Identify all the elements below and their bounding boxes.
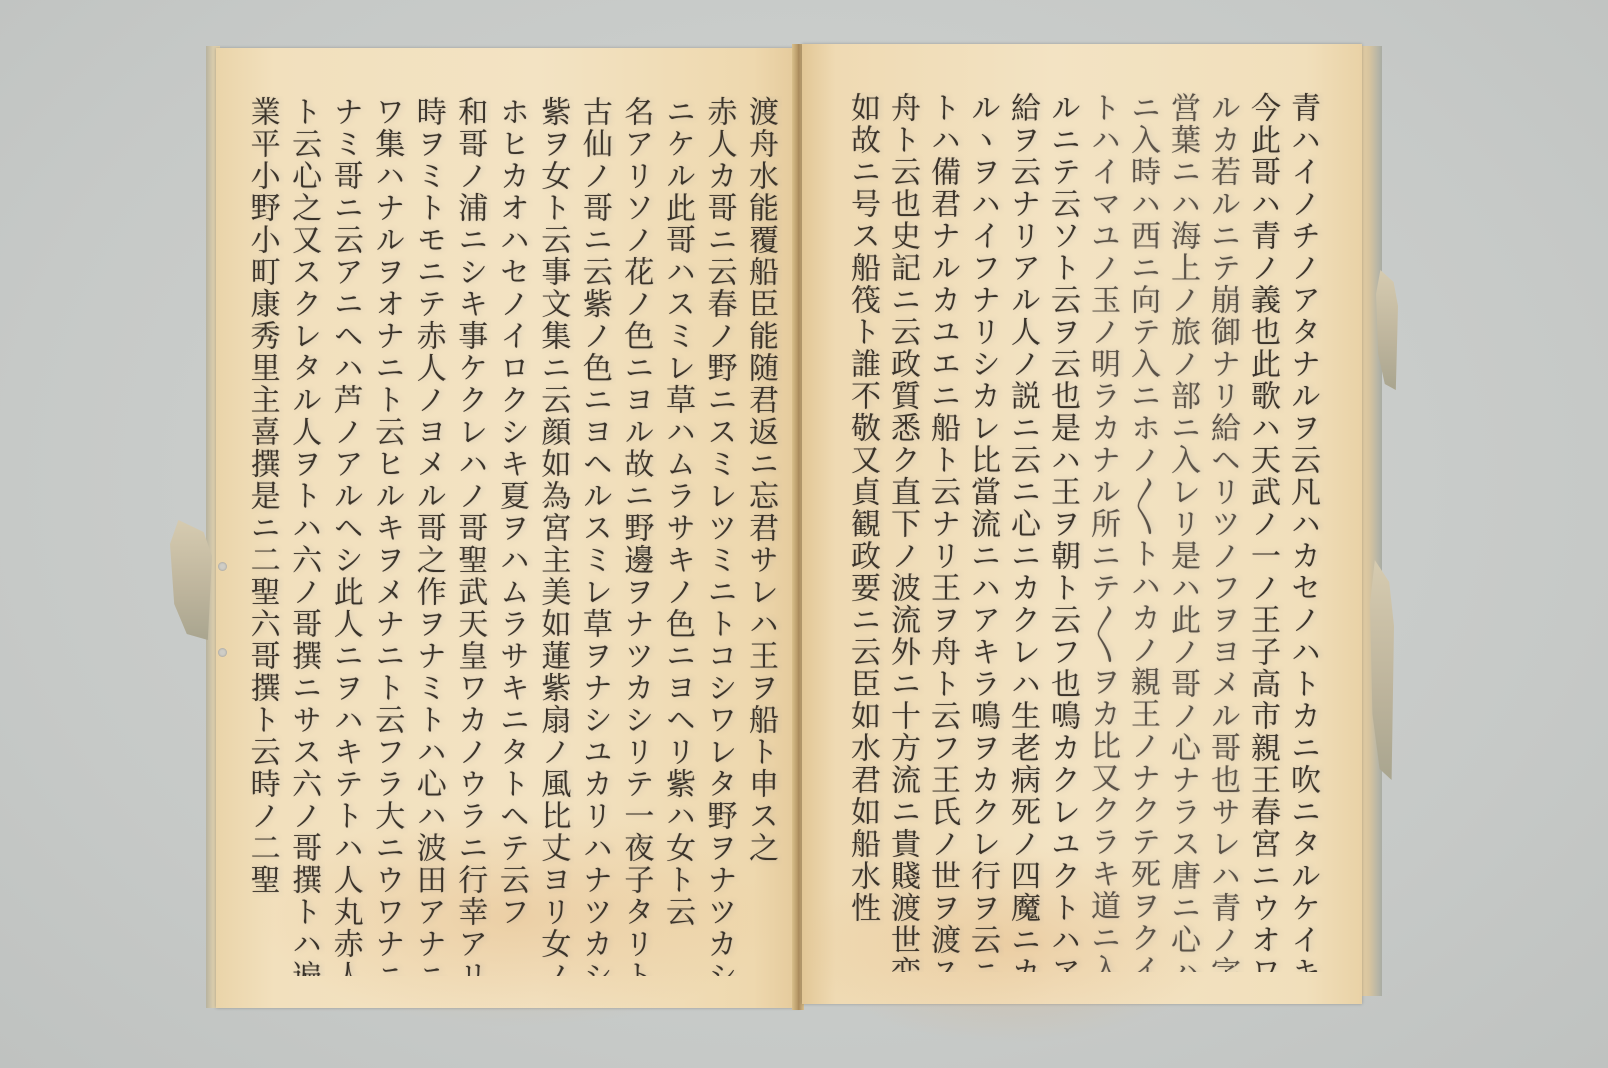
- text-column: 古仙ノ哥ニ云紫ノ色ニヨヘルスミレ草ヲナシユカリハナツカシキカナ: [574, 96, 616, 976]
- binding-hole: [218, 562, 227, 571]
- text-column: 紫ヲ女ト云事文集ニ云顔如為宮主美如蓮紫扇ノ風比丈ヨリ女ノニ: [533, 96, 575, 976]
- text-column: 赤人カ哥ニ云春ノ野ニスミレツミニトコシワレタ野ヲナツカシニ一夜子: [699, 96, 741, 976]
- text-column: 営葉ニハ海上ノ旅ノ部ニ入レリ是ハ此ノ哥ノ心ナラス唐ニ心ハアレ比部: [1164, 92, 1204, 972]
- right-page-edge: [1360, 46, 1382, 996]
- text-column: ホヒカオハセノイロクシキ夏ヲハムラサキニタトヘテ云フ: [491, 96, 533, 976]
- text-column: 給ヲ云ナリアル人ノ説ニ云ニ心ニカクレハ生老病死ノ四魔ニカクサ: [1004, 92, 1044, 972]
- text-column: 時ヲミトモニテ赤人ノヨメル哥之作ヲナミトハ心ハ波田アナニ夜テフタ: [408, 96, 450, 976]
- text-column: ルニテ云ソト云ヲ云也是ハ王ヲ朝ト云フ也鳴カクレユクトハアキラシヲカクレユキ: [1044, 92, 1084, 972]
- left-page-text: 渡舟水能覆船臣能随君返ニ忘君サレハ王ヲ船ト申ス之 赤人カ哥ニ云春ノ野ニスミレツミ…: [242, 96, 782, 976]
- left-page: 渡舟水能覆船臣能随君返ニ忘君サレハ王ヲ船ト申ス之 赤人カ哥ニ云春ノ野ニスミレツミ…: [216, 48, 800, 1008]
- text-column: ト云心之又スクレタル人ヲトハ六ノ哥撰ニサス六ノ哥撰トハ遍照: [284, 96, 326, 976]
- binding-hole: [218, 648, 227, 657]
- text-column: ナミ哥ニ云アニヘハ芦ノアルヘシ此人ニヲハキテトハ人丸赤人ヲハキテ: [325, 96, 367, 976]
- text-column: 如故ニ号ス船筏ト誰不敬又貞観政要ニ云臣如水君如船水性: [844, 92, 884, 972]
- text-column: 名アリソノ花ノ色ニヨル故ニ野邊ヲナツカシリテ一夜子タリト云ナリ: [616, 96, 658, 976]
- text-column: ニケル此哥ハスミレ草ハムラサキノ色ニヨヘリ紫ハ女ト云: [657, 96, 699, 976]
- text-column: 業平小野小町康秀里主喜撰是ニ二聖六哥撰ト云時ノ二聖: [242, 96, 284, 976]
- text-column: 渡舟水能覆船臣能随君返ニ忘君サレハ王ヲ船ト申ス之: [740, 96, 782, 976]
- text-column: 舟ト云也史記ニ云政質悉ク直下ノ波流外ニ十方流ニ貴賤渡世変化: [884, 92, 924, 972]
- text-column: トハイマユノ玉ノ明ラカナル所ニテ〳〵ヲカ比又クラキ道ニ入給ヲ云フ朝トハ春宮ノ太子…: [1084, 92, 1124, 972]
- text-column: ルカ若ルニテ崩御ナリ給ヘリツノフヲヨメル哥也サレハ青ノ字ニサレ比付寄: [1204, 92, 1244, 972]
- text-column: 和哥ノ浦ニシキ事ケクレハノ哥聖武天皇ワカノウラニ行幸アリシ: [450, 96, 492, 976]
- open-book: 渡舟水能覆船臣能随君返ニ忘君サレハ王ヲ船ト申ス之 赤人カ哥ニ云春ノ野ニスミレツミ…: [206, 40, 1406, 1010]
- text-column: 今此哥ハ青ノ義也此歌ハ天武ノ一ノ王子高市親王春宮ニウオワリ給ケ: [1244, 92, 1284, 972]
- text-column: ルヽヲハイフナリシカレ比當流ニハアキラ鳴ヲカクレ行ヲ云ニ舟ヲシク思ヲ: [964, 92, 1004, 972]
- text-column: ワ集ハナルヲオナニト云ヒルキヲメナニト云フラ大ニウワナニカクカ: [367, 96, 409, 976]
- text-column: ニ入時ハ西ニ向テ入ニホノ〳〵トハカノ親王ノナクテ死ヲクイフアカシノ浦: [1124, 92, 1164, 972]
- text-column: 青ハイノチノアタナルヲ云凡ハカセノハトカニ吹ニタルケイキヲ云ナリ: [1284, 92, 1324, 972]
- right-page: 青ハイノチノアタナルヲ云凡ハカセノハトカニ吹ニタルケイキヲ云ナリ 今此哥ハ青ノ義…: [802, 44, 1362, 1004]
- text-column: トハ備君ナルカユエニ船ト云ナリ王ヲ舟ト云フ王氏ノ世ヲ渡ス義ヲモテ: [924, 92, 964, 972]
- right-page-text: 青ハイノチノアタナルヲ云凡ハカセノハトカニ吹ニタルケイキヲ云ナリ 今此哥ハ青ノ義…: [844, 92, 1324, 972]
